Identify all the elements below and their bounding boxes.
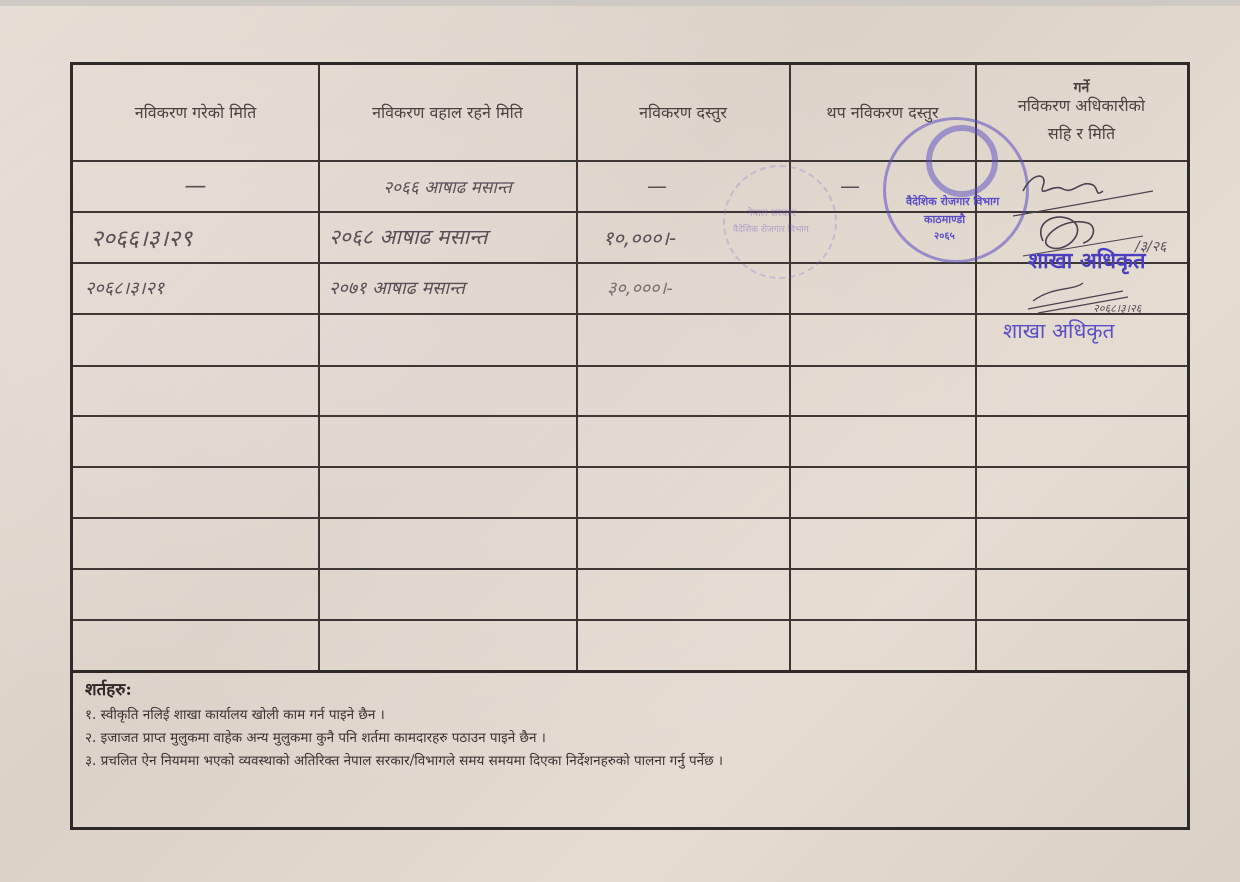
cell-valid-until: २०६८ आषाढ मसान्त <box>319 212 576 262</box>
cell-renewal-date: २०६८।३।२१ <box>73 263 318 313</box>
header-renewal-date: नविकरण गरेको मिति <box>73 65 318 160</box>
seal-text: नेपाल सरकार <box>747 205 796 219</box>
cell-value: — <box>840 174 860 198</box>
seal-emblem-icon <box>926 125 998 197</box>
condition-item: २. इजाजत प्राप्त मुलुकमा वाहेक अन्य मुलु… <box>85 727 1175 750</box>
header-label-line: सहि र मिति <box>1048 123 1115 145</box>
row-divider <box>73 466 1187 468</box>
conditions-section: शर्तहरु: १. स्वीकृति नलिई शाखा कार्यालय … <box>85 677 1175 773</box>
cell-valid-until: २०७१ आषाढ मसान्त <box>319 263 576 313</box>
signature-date: २०६८।३।२६ <box>1093 301 1141 316</box>
seal-text: काठमाण्डौ <box>924 212 965 227</box>
row-divider <box>73 415 1187 417</box>
header-valid-until: नविकरण वहाल रहने मिति <box>319 65 576 160</box>
scan-edge <box>0 0 1240 6</box>
cell-value: २०७१ आषाढ मसान्त <box>329 276 465 300</box>
header-label: नविकरण वहाल रहने मिति <box>372 102 523 124</box>
cell-value: २०६८ आषाढ मसान्त <box>329 223 488 251</box>
officer-title-stamp: शाखा अधिकृत <box>1003 317 1115 345</box>
cell-fee: — <box>577 161 737 211</box>
cell-renewal-date: २०६६।३।२९ <box>73 212 318 262</box>
row-divider <box>73 619 1187 621</box>
condition-item: ३. प्रचलित ऐन नियममा भएको व्यवस्थाको अति… <box>85 750 1175 773</box>
seal-text: वैदेशिक रोजगार विभाग <box>733 222 809 235</box>
officer-title-stamp: शाखा अधिकृत <box>1028 245 1145 275</box>
header-label-line: नविकरण अधिकारीको <box>1018 95 1145 117</box>
header-label: नविकरण दस्तुर <box>639 102 727 124</box>
cell-value: ३०,०००।- <box>607 276 673 300</box>
table-bottom-border <box>73 670 1187 673</box>
header-label: नविकरण गरेको मिति <box>135 102 256 124</box>
faded-seal-stamp: नेपाल सरकार वैदेशिक रोजगार विभाग <box>723 165 837 279</box>
condition-item: १. स्वीकृति नलिई शाखा कार्यालय खोली काम … <box>85 704 1175 727</box>
cell-value: — <box>185 174 207 199</box>
seal-year: २०६५ <box>934 228 955 242</box>
cell-value: — <box>647 174 667 198</box>
row-divider <box>73 517 1187 519</box>
row-divider <box>73 365 1187 367</box>
conditions-title: शर्तहरु: <box>85 677 1175 700</box>
cell-value: २०६६।३।२९ <box>91 221 192 253</box>
seal-text: वैदेशिक रोजगार विभाग <box>906 194 999 209</box>
cell-value: २०६८।३।२१ <box>85 276 164 300</box>
row-divider <box>73 568 1187 570</box>
cell-value: २०६६ आषाढ मसान्त <box>383 175 511 198</box>
cell-renewal-date: — <box>73 161 318 211</box>
cell-value: १०,०००।- <box>603 224 676 251</box>
renewal-table-frame: नविकरण गरेको मिति नविकरण वहाल रहने मिति … <box>70 62 1190 830</box>
header-label: थप नविकरण दस्तुर <box>826 102 938 124</box>
cell-valid-until: २०६६ आषाढ मसान्त <box>319 161 576 211</box>
header-label-line: गर्ने <box>1074 81 1090 95</box>
header-renewal-fee: नविकरण दस्तुर <box>577 65 789 160</box>
